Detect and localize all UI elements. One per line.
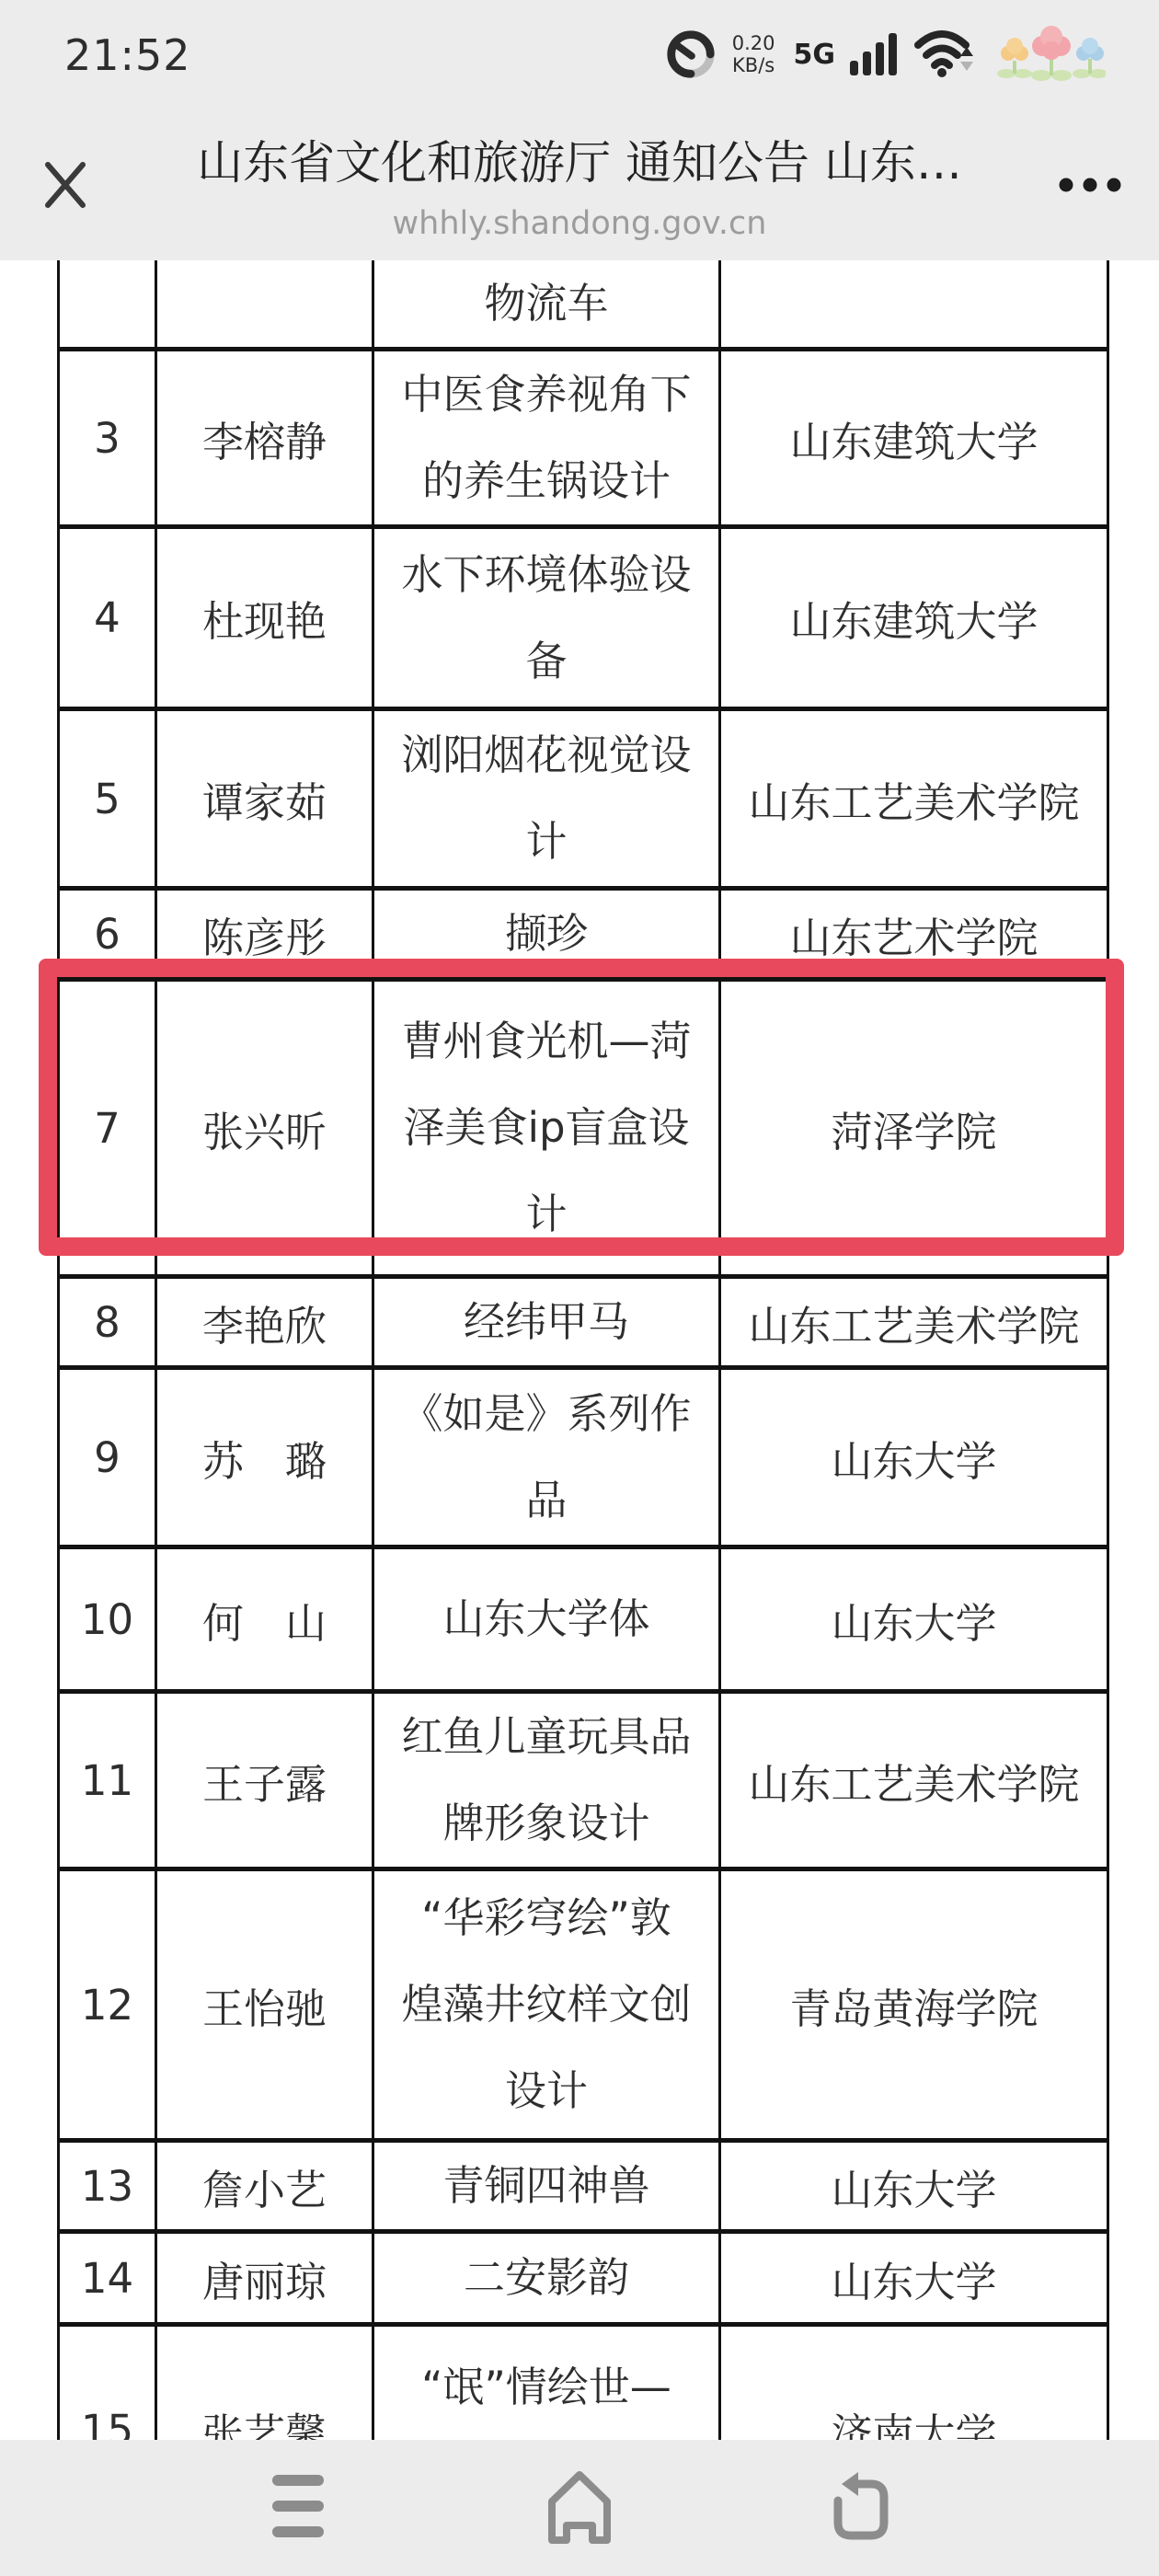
network-speed: 0.20 KB/s [732, 33, 775, 75]
table-row: 9 苏 璐 《如是》系列作 品 山东大学 [59, 1368, 1108, 1547]
data-speed-gauge-icon [664, 27, 717, 84]
entry-name-cell: 杜现艳 [156, 527, 373, 709]
entry-school-cell: 山东大学 [720, 1547, 1108, 1692]
table-row: 8 李艳欣 经纬甲马 山东工艺美术学院 [59, 1277, 1108, 1368]
results-table-body: 物流车 3 李榕静 中医食养视角下 的养生锅设计 山东建筑大学 4 杜现艳 水下… [59, 260, 1108, 2536]
table-row: 4 杜现艳 水下环境体验设 备 山东建筑大学 [59, 527, 1108, 709]
entry-school-cell: 山东大学 [720, 2232, 1108, 2325]
entry-work-cell: 《如是》系列作 品 [373, 1368, 720, 1547]
entry-number-cell: 7 [59, 980, 156, 1277]
table-row: 5 谭家茹 浏阳烟花视觉设 计 山东工艺美术学院 [59, 709, 1108, 889]
entry-school-cell: 山东工艺美术学院 [720, 1692, 1108, 1869]
phone-screen: 21:52 0.20 KB/s 5G [0, 0, 1159, 2576]
battery-flowers-icon [997, 20, 1106, 90]
entry-work-cell: 浏阳烟花视觉设 计 [373, 709, 720, 889]
navigation-bar [0, 2440, 1159, 2576]
entry-work-cell: 红鱼儿童玩具品 牌形象设计 [373, 1692, 720, 1869]
table-row: 6 陈彦彤 撷珍 山东艺术学院 [59, 889, 1108, 980]
entry-number-cell: 14 [59, 2232, 156, 2325]
status-indicators: 0.20 KB/s 5G [664, 20, 1106, 90]
table-row: 14 唐丽琼 二安影韵 山东大学 [59, 2232, 1108, 2325]
entry-work-cell: 山东大学体 [373, 1547, 720, 1692]
entry-work-cell: 中医食养视角下 的养生锅设计 [373, 350, 720, 527]
entry-work-cell: 撷珍 [373, 889, 720, 980]
entry-number-cell: 4 [59, 527, 156, 709]
entry-name-cell: 詹小艺 [156, 2141, 373, 2232]
entry-number-cell [59, 260, 156, 350]
back-icon [831, 2469, 891, 2547]
entry-name-cell: 苏 璐 [156, 1368, 373, 1547]
entry-school-cell: 山东工艺美术学院 [720, 1277, 1108, 1368]
entry-school-cell: 山东建筑大学 [720, 350, 1108, 527]
close-icon [39, 157, 92, 214]
entry-name-cell: 李艳欣 [156, 1277, 373, 1368]
entry-name-cell: 唐丽琼 [156, 2232, 373, 2325]
entry-number-cell: 12 [59, 1869, 156, 2141]
table-row: 13 詹小艺 青铜四神兽 山东大学 [59, 2141, 1108, 2232]
entry-work-cell: 曹州食光机—菏 泽美食ip盲盒设 计 [373, 980, 720, 1277]
table-row: 10 何 山 山东大学体 山东大学 [59, 1547, 1108, 1692]
entry-number-cell: 3 [59, 350, 156, 527]
entry-school-cell: 山东大学 [720, 2141, 1108, 2232]
entry-number-cell: 6 [59, 889, 156, 980]
entry-school-cell: 菏泽学院 [720, 980, 1108, 1277]
network-speed-value: 0.20 [732, 33, 775, 54]
entry-school-cell [720, 260, 1108, 350]
network-type-label: 5G [794, 39, 836, 71]
more-menu-button[interactable] [1056, 168, 1124, 205]
table-row-partial: 物流车 [59, 260, 1108, 350]
entry-number-cell: 8 [59, 1277, 156, 1368]
clock-time: 21:52 [64, 30, 191, 80]
entry-school-cell: 青岛黄海学院 [720, 1869, 1108, 2141]
wifi-icon [914, 29, 982, 82]
entry-work-cell: 经纬甲马 [373, 1277, 720, 1368]
entry-work-cell: 水下环境体验设 备 [373, 527, 720, 709]
entry-work-cell: 物流车 [373, 260, 720, 350]
entry-work-cell: 青铜四神兽 [373, 2141, 720, 2232]
entry-school-cell: 山东大学 [720, 1368, 1108, 1547]
table-row-highlighted: 7 张兴昕 曹州食光机—菏 泽美食ip盲盒设 计 菏泽学院 [59, 980, 1108, 1277]
webpage-content: 物流车 3 李榕静 中医食养视角下 的养生锅设计 山东建筑大学 4 杜现艳 水下… [0, 260, 1159, 2576]
home-icon [537, 2467, 622, 2549]
entry-number-cell: 11 [59, 1692, 156, 1869]
recent-apps-button[interactable] [257, 2471, 339, 2545]
page-title: 山东省文化和旅游厅 通知公告 山东… [197, 126, 962, 192]
entry-name-cell: 张兴昕 [156, 980, 373, 1277]
entry-number-cell: 5 [59, 709, 156, 889]
home-button[interactable] [538, 2471, 621, 2545]
results-table: 物流车 3 李榕静 中医食养视角下 的养生锅设计 山东建筑大学 4 杜现艳 水下… [57, 260, 1109, 2538]
entry-number-cell: 9 [59, 1368, 156, 1547]
entry-school-cell: 山东工艺美术学院 [720, 709, 1108, 889]
status-bar: 21:52 0.20 KB/s 5G [0, 0, 1159, 97]
signal-bars-icon [850, 29, 900, 81]
entry-school-cell: 山东艺术学院 [720, 889, 1108, 980]
menu-icon [270, 2469, 326, 2547]
entry-number-cell: 10 [59, 1547, 156, 1692]
entry-name-cell: 谭家茹 [156, 709, 373, 889]
close-button[interactable] [33, 154, 98, 218]
entry-name-cell: 王怡驰 [156, 1869, 373, 2141]
entry-name-cell: 何 山 [156, 1547, 373, 1692]
entry-name-cell [156, 260, 373, 350]
more-dots-icon [1058, 177, 1122, 197]
entry-work-cell: 二安影韵 [373, 2232, 720, 2325]
table-row: 3 李榕静 中医食养视角下 的养生锅设计 山东建筑大学 [59, 350, 1108, 527]
page-url: whhly.shandong.gov.cn [393, 205, 767, 242]
entry-name-cell: 陈彦彤 [156, 889, 373, 980]
table-row: 11 王子露 红鱼儿童玩具品 牌形象设计 山东工艺美术学院 [59, 1692, 1108, 1869]
entry-work-cell: “华彩穹绘”敦 煌藻井纹样文创 设计 [373, 1869, 720, 2141]
back-button[interactable] [820, 2471, 902, 2545]
entry-name-cell: 李榕静 [156, 350, 373, 527]
network-speed-unit: KB/s [732, 55, 775, 76]
entry-school-cell: 山东建筑大学 [720, 527, 1108, 709]
table-row: 12 王怡驰 “华彩穹绘”敦 煌藻井纹样文创 设计 青岛黄海学院 [59, 1869, 1108, 2141]
entry-name-cell: 王子露 [156, 1692, 373, 1869]
browser-header: 山东省文化和旅游厅 通知公告 山东… whhly.shandong.gov.cn [0, 97, 1159, 260]
entry-number-cell: 13 [59, 2141, 156, 2232]
